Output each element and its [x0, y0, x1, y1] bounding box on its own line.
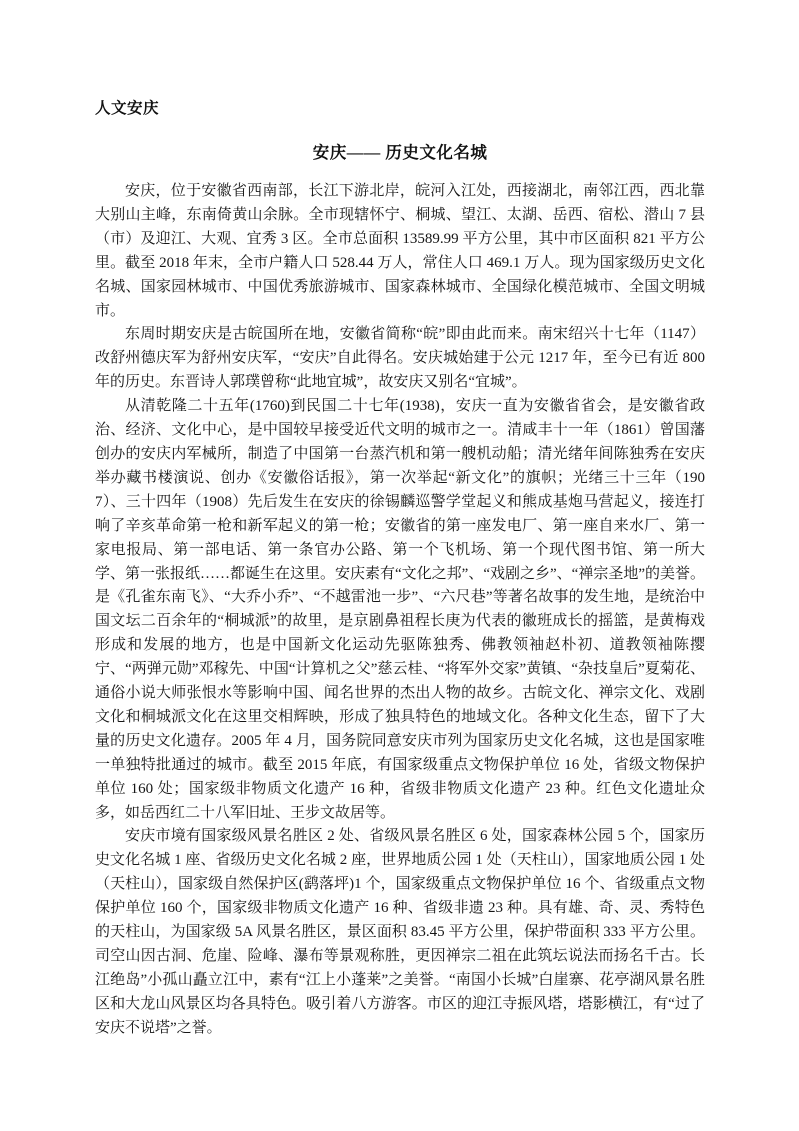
document-title: 安庆—— 历史文化名城 [95, 139, 705, 163]
section-heading: 人文安庆 [95, 96, 159, 118]
paragraph-history-name-origin: 东周时期安庆是古皖国所在地，安徽省简称“皖”即由此而来。南宋绍兴十七年（1147… [95, 323, 705, 395]
document-page: 人文安庆 安庆—— 历史文化名城 安庆，位于安徽省西南部，长江下游北岸，皖河入江… [0, 0, 799, 1131]
paragraph-culture-firsts: 从清乾隆二十五年(1760)到民国二十七年(1938)，安庆一直为安徽省省会，是… [95, 395, 705, 825]
document-body: 安庆，位于安徽省西南部，长江下游北岸，皖河入江处，西接湖北，南邻江西，西北靠大别… [95, 180, 705, 1041]
paragraph-overview: 安庆，位于安徽省西南部，长江下游北岸，皖河入江处，西接湖北，南邻江西，西北靠大别… [95, 180, 705, 323]
paragraph-scenic-sites: 安庆市境有国家级风景名胜区 2 处、省级风景名胜区 6 处，国家森林公园 5 个… [95, 825, 705, 1040]
